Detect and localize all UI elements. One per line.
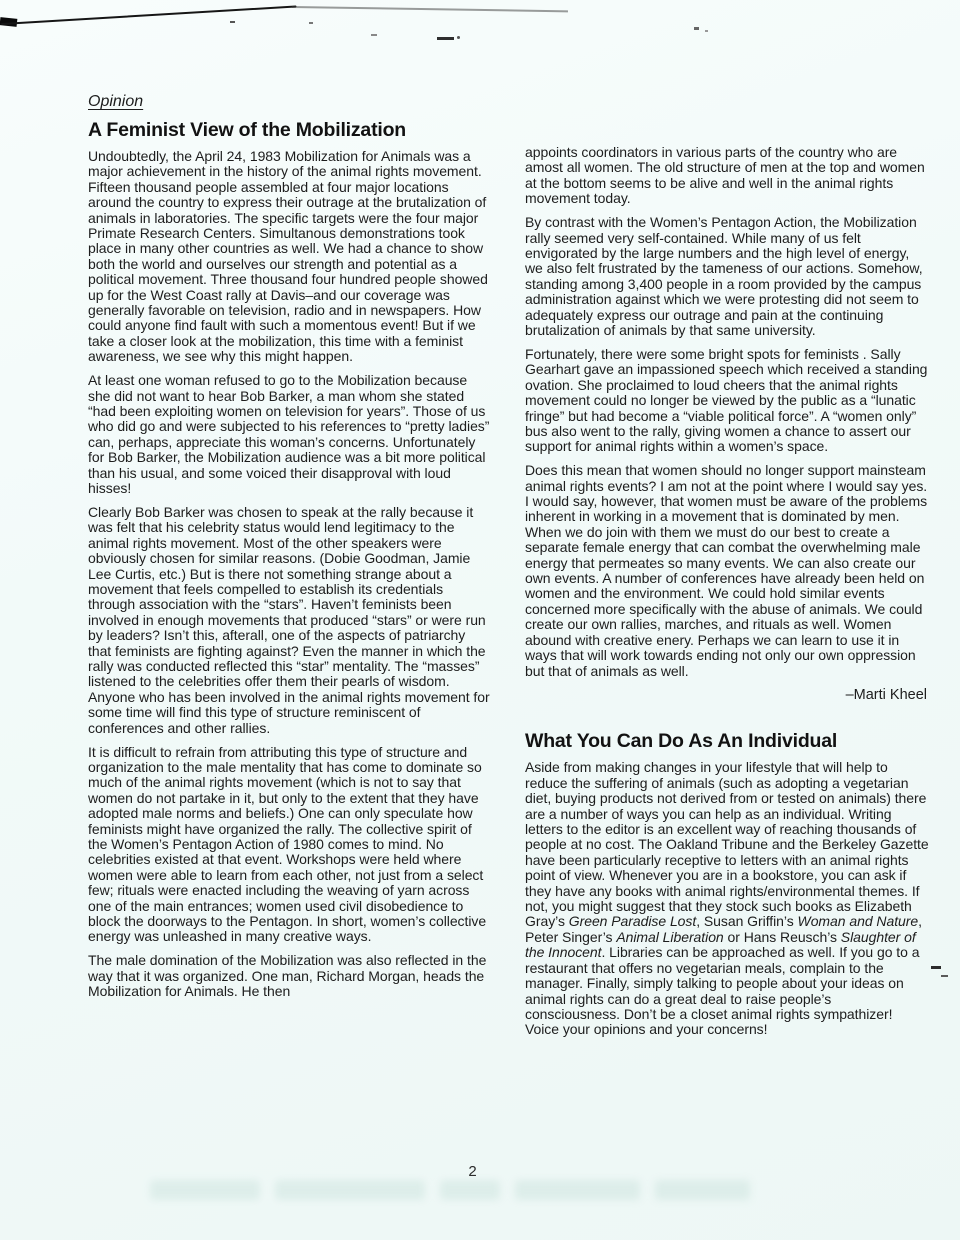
article2-paragraph: Aside from making changes in your lifest… (525, 760, 929, 1037)
scan-speck (694, 27, 699, 30)
scanned-newsletter-page: Opinion A Feminist View of the Mobilizat… (0, 0, 960, 1240)
scan-speck (705, 30, 708, 32)
article1-paragraph: At least one woman refused to go to the … (88, 373, 492, 496)
scan-dash (931, 966, 941, 969)
right-column: appoints coordinators in various parts o… (525, 93, 929, 1046)
scan-line-faint (292, 6, 568, 12)
article1-paragraph-continued: Fortunately, there were some bright spot… (525, 347, 929, 455)
scan-speck (309, 22, 313, 24)
article2-title: What You Can Do As An Individual (525, 730, 929, 753)
article1-paragraph: Clearly Bob Barker was chosen to speak a… (88, 505, 492, 736)
article1-paragraph: It is difficult to refrain from attribut… (88, 745, 492, 945)
article1-title: A Feminist View of the Mobilization (88, 119, 492, 142)
scan-line (1, 5, 297, 25)
section-label: Opinion (88, 93, 492, 111)
scan-dash (941, 975, 948, 977)
scan-speck (457, 36, 460, 39)
scan-speck (371, 34, 377, 36)
article1-paragraph-continued: By contrast with the Women’s Pentagon Ac… (525, 215, 929, 338)
article1-paragraph-continued: appoints coordinators in various parts o… (525, 145, 929, 207)
two-column-layout: Opinion A Feminist View of the Mobilizat… (88, 93, 929, 1046)
article1-byline: –Marti Kheel (525, 687, 927, 703)
left-column: Opinion A Feminist View of the Mobilizat… (88, 93, 492, 1046)
scan-mark-corner (0, 17, 17, 27)
bleed-through-smudge (150, 1180, 780, 1204)
scan-speck (437, 37, 454, 40)
page-number: 2 (0, 1163, 945, 1180)
article1-paragraph: Undoubtedly, the April 24, 1983 Mobiliza… (88, 149, 492, 365)
scan-speck (230, 21, 235, 23)
article1-paragraph-continued: Does this mean that women should no long… (525, 463, 929, 679)
article1-paragraph: The male domination of the Mobilization … (88, 953, 492, 999)
